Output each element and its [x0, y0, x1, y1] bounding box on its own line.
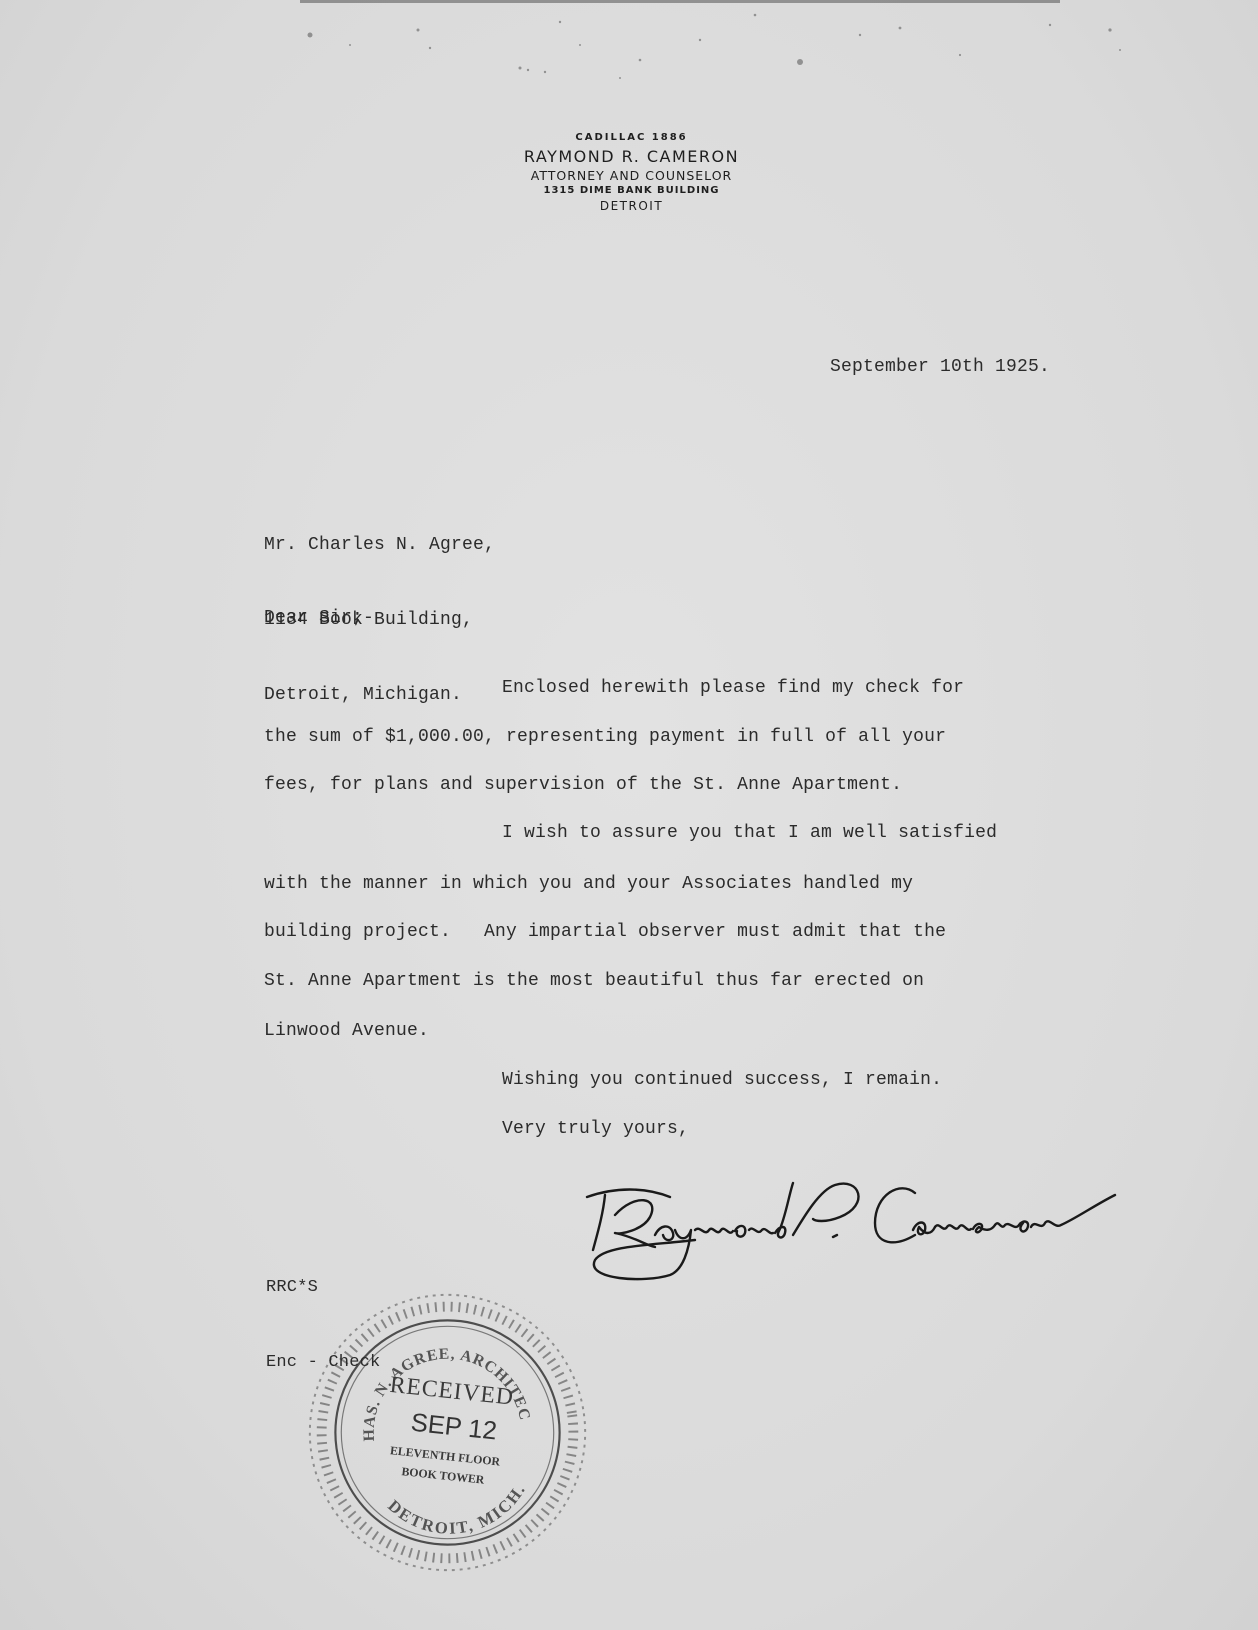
body-line: St. Anne Apartment is the most beautiful… — [264, 970, 924, 992]
letterhead-address: 1315 Dime Bank Building — [5, 185, 1258, 196]
body-line: Enclosed herewith please find my check f… — [502, 677, 964, 699]
body-line: with the manner in which you and your As… — [264, 873, 913, 895]
letterhead-name: Raymond R. Cameron — [5, 147, 1258, 166]
letterhead: Cadillac 1886 Raymond R. Cameron Attorne… — [0, 132, 1258, 213]
recipient-city: Detroit, Michigan. — [264, 683, 495, 708]
body-line: the sum of $1,000.00, representing payme… — [264, 726, 946, 748]
body-line: Linwood Avenue. — [264, 1020, 429, 1042]
recipient-name: Mr. Charles N. Agree, — [264, 533, 495, 558]
letterhead-phone: Cadillac 1886 — [5, 132, 1258, 143]
scanning-specks — [0, 0, 1258, 100]
closing-wish: Wishing you continued success, I remain. — [502, 1069, 942, 1091]
body-line: fees, for plans and supervision of the S… — [264, 774, 902, 796]
received-stamp: CHAS. N. AGREE, ARCHITECT DETROIT, MICH.… — [300, 1285, 595, 1580]
handwritten-signature: Raymond R. Cameron — [575, 1175, 1155, 1285]
letterhead-city: Detroit — [5, 199, 1258, 213]
salutation: Dear Sir;- — [264, 607, 374, 629]
letterhead-title: Attorney and Counselor — [5, 168, 1258, 183]
letter-date: September 10th 1925. — [830, 356, 1050, 378]
body-line: building project. Any impartial observer… — [264, 921, 946, 943]
valediction: Very truly yours, — [502, 1118, 689, 1140]
body-line: I wish to assure you that I am well sati… — [502, 822, 997, 844]
svg-text:BOOK TOWER: BOOK TOWER — [401, 1464, 486, 1487]
letter-page: Cadillac 1886 Raymond R. Cameron Attorne… — [0, 0, 1258, 1630]
svg-text:SEP 12: SEP 12 — [410, 1409, 499, 1446]
